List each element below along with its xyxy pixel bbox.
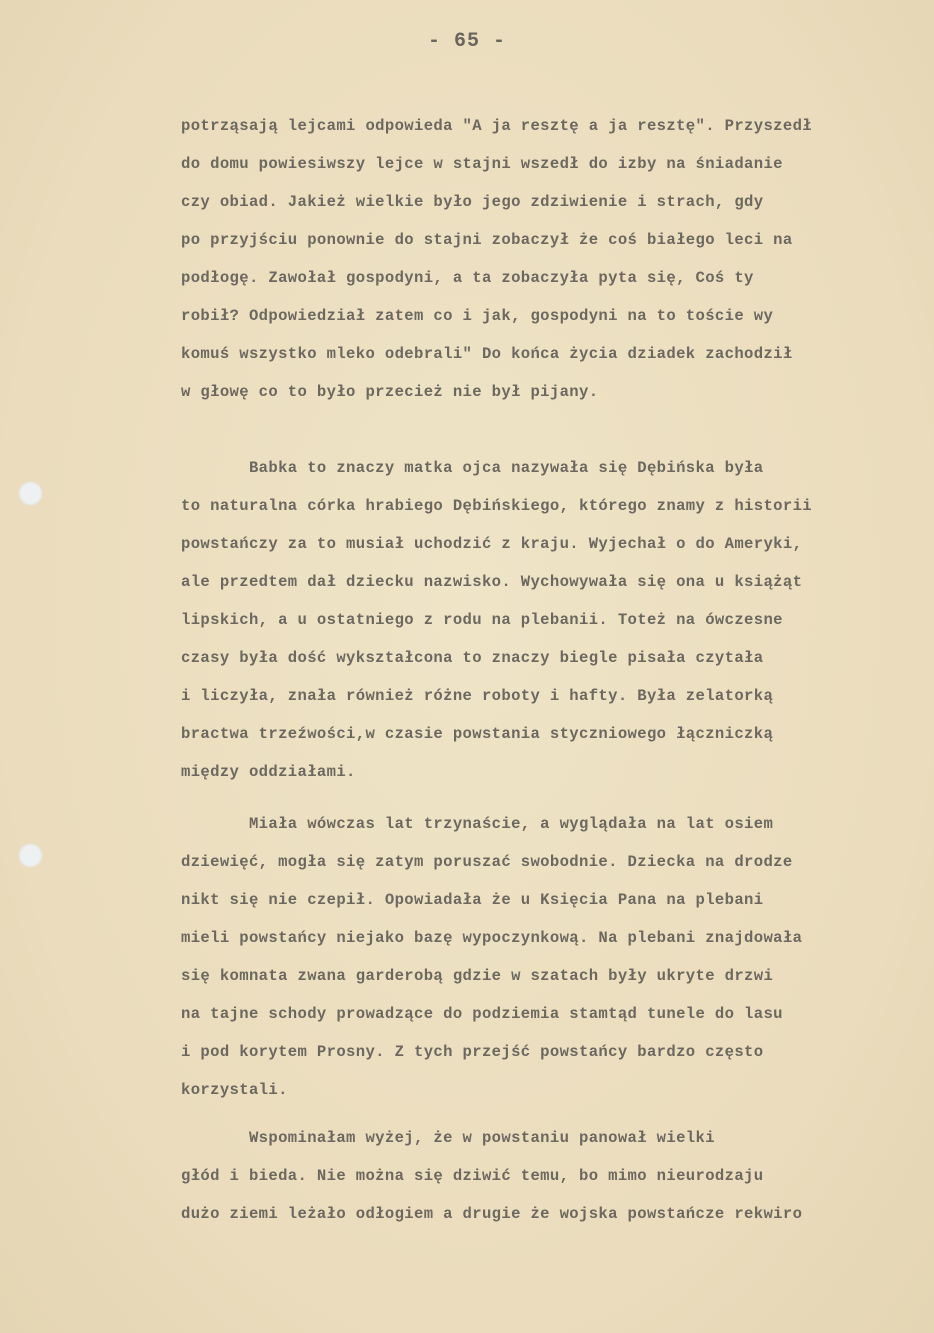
text-line: Miała wówczas lat trzynaście, a wyglądał… [181,814,773,834]
page-number: - 65 - [428,30,506,53]
text-line: ale przedtem dał dziecku nazwisko. Wycho… [181,572,802,592]
text-line: to naturalna córka hrabiego Dębińskiego,… [181,496,812,516]
text-line: na tajne schody prowadzące do podziemia … [181,1004,783,1024]
text-line: korzystali. [181,1080,288,1100]
text-line: do domu powiesiwszy lejce w stajni wszed… [181,154,783,174]
text-line: nikt się nie czepił. Opowiadała że u Ksi… [181,890,763,910]
text-line: robił? Odpowiedział zatem co i jak, gosp… [181,306,773,326]
text-line: dużo ziemi leżało odłogiem a drugie że w… [181,1204,802,1224]
text-line: podłogę. Zawołał gospodyni, a ta zobaczy… [181,268,754,288]
text-line: bractwa trzeźwości,w czasie powstania st… [181,724,773,744]
text-line: mieli powstańcy niejako bazę wypoczynkow… [181,928,802,948]
text-line: komuś wszystko mleko odebrali" Do końca … [181,344,793,364]
text-line: czasy była dość wykształcona to znaczy b… [181,648,763,668]
text-line: powstańczy za to musiał uchodzić z kraju… [181,534,802,554]
text-line: między oddziałami. [181,762,356,782]
text-line: Wspominałam wyżej, że w powstaniu panowa… [181,1128,715,1148]
text-line: dziewięć, mogła się zatym poruszać swobo… [181,852,793,872]
text-line: i pod korytem Prosny. Z tych przejść pow… [181,1042,763,1062]
text-line: potrząsają lejcami odpowieda "A ja reszt… [181,116,812,136]
typewritten-page: - 65 - potrząsają lejcami odpowieda "A j… [0,0,934,1333]
text-line: czy obiad. Jakież wielkie było jego zdzi… [181,192,763,212]
text-line: i liczyła, znała również różne roboty i … [181,686,773,706]
text-line: się komnata zwana garderobą gdzie w szat… [181,966,773,986]
text-line: lipskich, a u ostatniego z rodu na pleba… [181,610,783,630]
punch-hole-bottom [18,843,43,868]
text-line: po przyjściu ponownie do stajni zobaczył… [181,230,793,250]
text-line: głód i bieda. Nie można się dziwić temu,… [181,1166,763,1186]
punch-hole-top [18,481,43,506]
text-line: Babka to znaczy matka ojca nazywała się … [181,458,763,478]
text-line: w głowę co to było przecież nie był pija… [181,382,598,402]
